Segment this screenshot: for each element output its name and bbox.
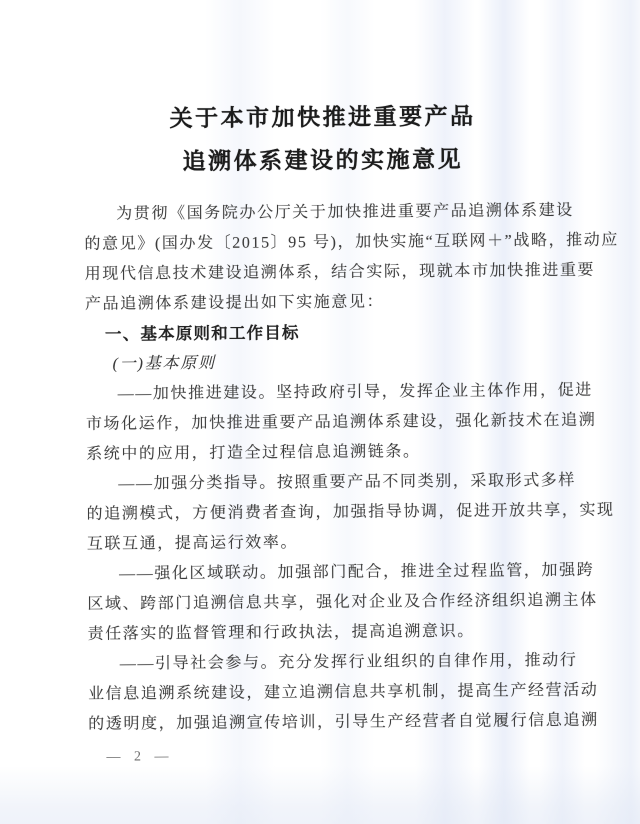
intro-line: 产品追溯体系建设提出如下实施意见： [85, 286, 563, 320]
paragraph-line: 责任落实的监督管理和行政执法，提高追溯意识。 [87, 616, 565, 650]
document-body: 关于本市加快推进重要产品 追溯体系建设的实施意见 为贯彻《国务院办公厅关于加快推… [83, 0, 567, 768]
paragraph-line: 业信息追溯系统建设，建立追溯信息共享机制，提高生产经营活动 [88, 676, 566, 710]
paragraph-line: ——强化区域联动。加强部门配合，推进全过程监管，加强跨 [87, 556, 565, 590]
scan-streak [595, 0, 640, 824]
paragraph-line: 系统中的应用，打造全过程信息追溯链条。 [86, 436, 564, 470]
page-number: — 2 — [106, 744, 566, 768]
subsection-heading: (一)基本原则 [85, 346, 563, 380]
paragraph-line: 的透明度，加强追溯宣传培训，引导生产经营者自觉履行信息追溯 [88, 706, 566, 740]
scan-bottom-wash [0, 766, 640, 824]
intro-paragraph: 为贯彻《国务院办公厅关于加快推进重要产品追溯体系建设 的意见》(国办发〔2015… [84, 196, 563, 320]
section-heading: 一、基本原则和工作目标 [85, 316, 563, 350]
paragraph-line: ——加强分类指导。按照重要产品不同类别，采取形式多样 [86, 466, 564, 500]
document-title: 关于本市加快推进重要产品 追溯体系建设的实施意见 [83, 94, 562, 184]
paragraph-line: 互联互通，提高运行效率。 [87, 526, 565, 560]
principle-paragraph-regional-coordination: ——强化区域联动。加强部门配合，推进全过程监管，加强跨 区域、跨部门追溯信息共享… [87, 556, 566, 650]
paragraph-line: 区域、跨部门追溯信息共享，强化对企业及合作经济组织追溯主体 [87, 586, 565, 620]
paragraph-line: 市场化运作，加快推进重要产品追溯体系建设，强化新技术在追溯 [86, 406, 564, 440]
intro-line: 的意见》(国办发〔2015〕95 号)，加快实施“互联网＋”战略，推动应 [84, 226, 562, 260]
title-line-1: 关于本市加快推进重要产品 [169, 104, 475, 131]
document-page: 关于本市加快推进重要产品 追溯体系建设的实施意见 为贯彻《国务院办公厅关于加快推… [0, 0, 640, 824]
intro-line: 用现代信息技术建设追溯体系，结合实际，现就本市加快推进重要 [85, 256, 563, 290]
principle-paragraph-classification: ——加强分类指导。按照重要产品不同类别，采取形式多样 的追溯模式，方便消费者查询… [86, 466, 565, 560]
intro-line: 为贯彻《国务院办公厅关于加快推进重要产品追溯体系建设 [84, 196, 562, 230]
paragraph-line: ——引导社会参与。充分发挥行业组织的自律作用，推动行 [88, 646, 566, 680]
principle-paragraph-social-participation: ——引导社会参与。充分发挥行业组织的自律作用，推动行 业信息追溯系统建设，建立追… [88, 646, 567, 740]
paragraph-line: ——加快推进建设。坚持政府引导，发挥企业主体作用，促进 [86, 376, 564, 410]
title-line-2: 追溯体系建设的实施意见 [183, 147, 464, 174]
paragraph-line: 的追溯模式，方便消费者查询，加强指导协调，促进开放共享，实现 [87, 496, 565, 530]
principle-paragraph-acceleration: ——加快推进建设。坚持政府引导，发挥企业主体作用，促进 市场化运作，加快推进重要… [86, 376, 565, 470]
